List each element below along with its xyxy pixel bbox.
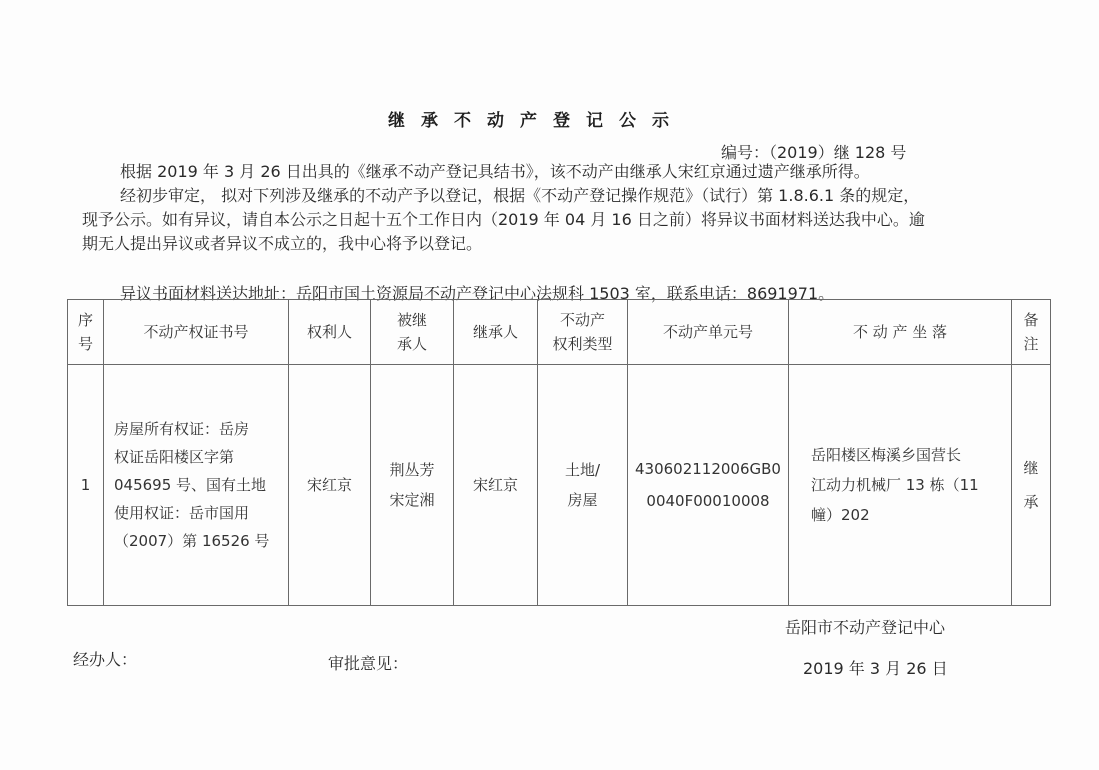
location-line: 岳阳楼区梅溪乡国营长: [811, 440, 1011, 470]
header-remark-line1: 备: [1012, 308, 1050, 332]
paragraph-basis: 根据 2019 年 3 月 26 日出具的《继承不动产登记具结书》，该不动产由继…: [120, 160, 870, 184]
cert-no-line: 房屋所有权证：岳房: [114, 415, 288, 443]
location-line: 幢）202: [811, 500, 1011, 530]
cell-remark: 继 承: [1012, 365, 1051, 606]
cell-unit-no: 430602112006GB0 0040F00010008: [628, 365, 789, 606]
header-right-type-line1: 不动产: [538, 308, 627, 332]
decedent-name: 荆丛芳: [371, 455, 453, 485]
approval-label: 审批意见：: [328, 651, 408, 674]
header-right-type: 不动产 权利类型: [538, 300, 628, 365]
table-row: 1 房屋所有权证：岳房 权证岳阳楼区字第 045695 号、国有土地 使用权证：…: [68, 365, 1051, 606]
document-title: 继承不动产登记公示: [388, 106, 685, 131]
cell-seq: 1: [68, 365, 104, 606]
remark-line: 承: [1012, 485, 1050, 519]
cell-cert-no: 房屋所有权证：岳房 权证岳阳楼区字第 045695 号、国有土地 使用权证：岳市…: [104, 365, 289, 606]
header-decedent-line2: 承人: [371, 332, 453, 356]
header-cert-no: 不动产权证书号: [104, 300, 289, 365]
right-type-line: 土地/: [538, 455, 627, 485]
cert-no-line: 权证岳阳楼区字第: [114, 443, 288, 471]
header-remark: 备 注: [1012, 300, 1051, 365]
cell-right-type: 土地/ 房屋: [538, 365, 628, 606]
issuing-organization: 岳阳市不动产登记中心: [785, 615, 945, 638]
issue-date: 2019 年 3 月 26 日: [803, 656, 948, 679]
location-line: 江动力机械厂 13 栋（11: [811, 470, 1011, 500]
cell-owner: 宋红京: [289, 365, 371, 606]
paragraph-review-line3: 期无人提出异议或者异议不成立的，我中心将予以登记。: [82, 232, 482, 256]
header-seq: 序 号: [68, 300, 104, 365]
header-remark-line2: 注: [1012, 332, 1050, 356]
cell-location: 岳阳楼区梅溪乡国营长 江动力机械厂 13 栋（11 幢）202: [789, 365, 1012, 606]
right-type-line: 房屋: [538, 485, 627, 515]
header-location: 不 动 产 坐 落: [789, 300, 1012, 365]
unit-no-line: 0040F00010008: [628, 485, 788, 517]
cell-heir: 宋红京: [454, 365, 538, 606]
paragraph-review-line1: 经初步审定， 拟对下列涉及继承的不动产予以登记，根据《不动产登记操作规范》（试行…: [120, 184, 919, 208]
cert-no-line: 045695 号、国有土地: [114, 471, 288, 499]
paragraph-review-line2: 现予公示。如有异议，请自本公示之日起十五个工作日内（2019 年 04 月 16…: [82, 208, 925, 232]
cert-no-line: （2007）第 16526 号: [114, 527, 288, 555]
remark-line: 继: [1012, 451, 1050, 485]
header-decedent: 被继 承人: [371, 300, 454, 365]
header-seq-line2: 号: [68, 332, 103, 356]
header-owner: 权利人: [289, 300, 371, 365]
header-heir: 继承人: [454, 300, 538, 365]
header-right-type-line2: 权利类型: [538, 332, 627, 356]
decedent-name: 宋定湘: [371, 485, 453, 515]
handler-label: 经办人：: [73, 647, 137, 670]
table-header-row: 序 号 不动产权证书号 权利人 被继 承人 继承人 不动产 权利类型 不动产单元…: [68, 300, 1051, 365]
header-seq-line1: 序: [68, 308, 103, 332]
header-decedent-line1: 被继: [371, 308, 453, 332]
header-unit-no: 不动产单元号: [628, 300, 789, 365]
registration-table: 序 号 不动产权证书号 权利人 被继 承人 继承人 不动产 权利类型 不动产单元…: [67, 299, 1051, 606]
cert-no-line: 使用权证：岳市国用: [114, 499, 288, 527]
cell-decedent: 荆丛芳 宋定湘: [371, 365, 454, 606]
unit-no-line: 430602112006GB0: [628, 453, 788, 485]
